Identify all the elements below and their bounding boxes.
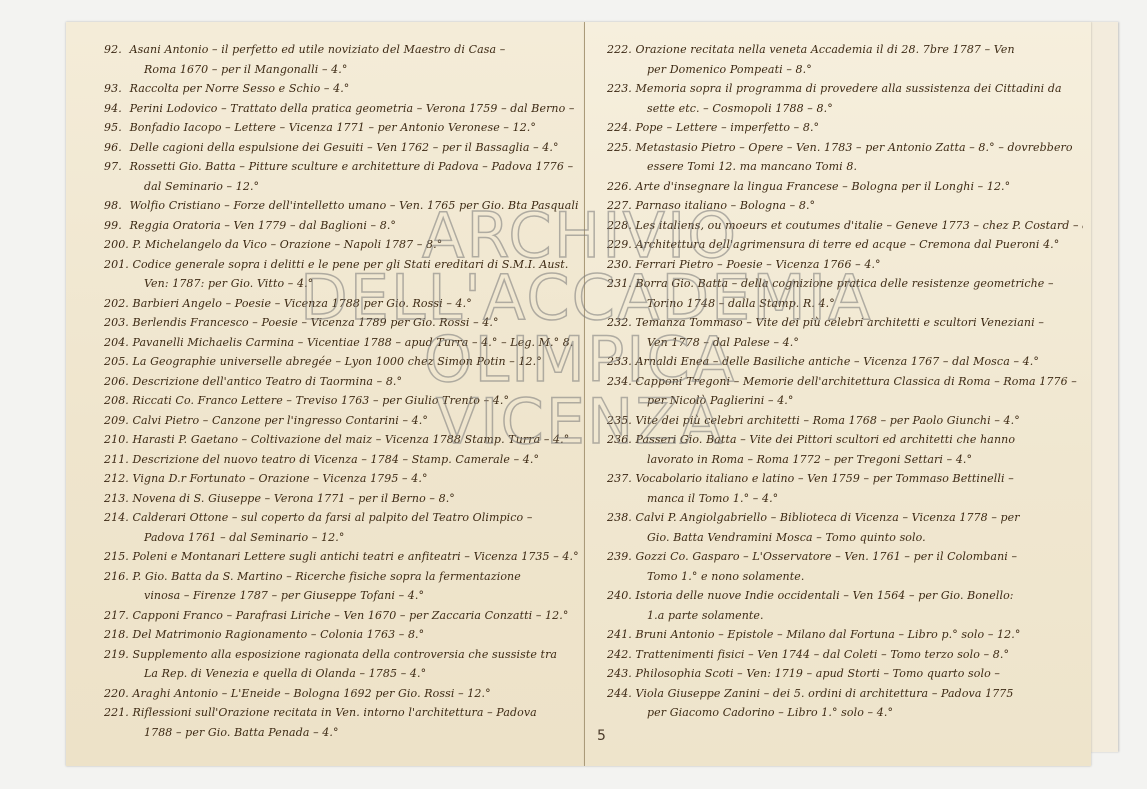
right-page: 222. Orazione recitata nella veneta Acca… <box>585 22 1091 766</box>
entry-text: Wolfio Cristiano – Forze dell'intelletto… <box>130 199 578 212</box>
entry-text: Memoria sopra il programma di provedere … <box>636 82 1062 95</box>
entry-text: Vocabolario italiano e latino – Ven 1759… <box>636 472 1014 485</box>
entry-number: 206. <box>104 372 129 392</box>
entry-number: 202. <box>104 294 129 314</box>
entry-text: Berlendis Francesco – Poesie – Vicenza 1… <box>133 316 499 329</box>
entry-text: Perini Lodovico – Trattato della pratica… <box>130 102 578 115</box>
entry-number: 217. <box>104 606 129 626</box>
left-page-entries: 92. Asani Antonio – il perfetto ed utile… <box>104 40 578 742</box>
entry-number: 229. <box>607 235 632 255</box>
entry-text: Novena di S. Giuseppe – Verona 1771 – pe… <box>133 492 455 505</box>
catalog-entry: 220. Araghi Antonio – L'Eneide – Bologna… <box>104 684 578 704</box>
catalog-entry: 213. Novena di S. Giuseppe – Verona 1771… <box>104 489 578 509</box>
catalog-entry: 204. Pavanelli Michaelis Carmina – Vicen… <box>104 333 578 353</box>
entry-text: Vigna D.r Fortunato – Orazione – Vicenza… <box>133 472 428 485</box>
entry-number: 214. <box>104 508 129 528</box>
entry-number: 239. <box>607 547 632 567</box>
catalog-entry: 217. Capponi Franco – Parafrasi Liriche … <box>104 606 578 626</box>
entry-number: 238. <box>607 508 632 528</box>
catalog-entry: 222. Orazione recitata nella veneta Acca… <box>607 40 1083 79</box>
catalog-entry: 93. Raccolta per Norre Sesso e Schio – 4… <box>104 79 578 99</box>
entry-number: 222. <box>607 40 632 60</box>
entry-text: Les italiens, ou moeurs et coutumes d'it… <box>636 219 1083 232</box>
entry-number: 231. <box>607 274 632 294</box>
catalog-entry: 244. Viola Giuseppe Zanini – dei 5. ordi… <box>607 684 1083 723</box>
entry-number: 227. <box>607 196 632 216</box>
left-page: 92. Asani Antonio – il perfetto ed utile… <box>66 22 585 766</box>
entry-number: 92. <box>104 40 126 60</box>
catalog-entry: 214. Calderari Ottone – sul coperto da f… <box>104 508 578 547</box>
entry-continuation: sette etc. – Cosmopoli 1788 – 8.° <box>607 99 1083 119</box>
catalog-entry: 234. Capponi Tregoni – Memorie dell'arch… <box>607 372 1083 411</box>
entry-text: Codice generale sopra i delitti e le pen… <box>133 258 569 271</box>
entry-text: P. Michelangelo da Vico – Orazione – Nap… <box>133 238 443 251</box>
entry-number: 240. <box>607 586 632 606</box>
entry-continuation: per Domenico Pompeati – 8.° <box>607 60 1083 80</box>
entry-text: Bruni Antonio – Epistole – Milano dal Fo… <box>636 628 1021 641</box>
entry-text: Borra Gio. Batta – della cognizione prat… <box>636 277 1054 290</box>
catalog-entry: 228. Les italiens, ou moeurs et coutumes… <box>607 216 1083 236</box>
entry-text: Pope – Lettere – imperfetto – 8.° <box>636 121 820 134</box>
entry-number: 225. <box>607 138 632 158</box>
entry-number: 237. <box>607 469 632 489</box>
catalog-entry: 205. La Geographie universelle abregée –… <box>104 352 578 372</box>
entry-text: Araghi Antonio – L'Eneide – Bologna 1692… <box>133 687 491 700</box>
entry-number: 233. <box>607 352 632 372</box>
entry-number: 213. <box>104 489 129 509</box>
entry-number: 211. <box>104 450 129 470</box>
entry-continuation: dal Seminario – 12.° <box>104 177 578 197</box>
entry-text: Descrizione del nuovo teatro di Vicenza … <box>133 453 540 466</box>
entry-text: Capponi Franco – Parafrasi Liriche – Ven… <box>133 609 569 622</box>
entry-number: 96. <box>104 138 126 158</box>
catalog-entry: 201. Codice generale sopra i delitti e l… <box>104 255 578 294</box>
entry-text: Poleni e Montanari Lettere sugli antichi… <box>133 550 578 563</box>
entry-number: 228. <box>607 216 632 236</box>
entry-number: 219. <box>104 645 129 665</box>
entry-number: 215. <box>104 547 129 567</box>
entry-text: Calderari Ottone – sul coperto da farsi … <box>133 511 533 524</box>
entry-text: Passeri Gio. Batta – Vite dei Pittori sc… <box>636 433 1016 446</box>
catalog-entry: 225. Metastasio Pietro – Opere – Ven. 17… <box>607 138 1083 177</box>
entry-number: 234. <box>607 372 632 392</box>
catalog-entry: 242. Trattenimenti fisici – Ven 1744 – d… <box>607 645 1083 665</box>
entry-text: Philosophia Scoti – Ven: 1719 – apud Sto… <box>636 667 1001 680</box>
catalog-entry: 203. Berlendis Francesco – Poesie – Vice… <box>104 313 578 333</box>
entry-number: 209. <box>104 411 129 431</box>
catalog-entry: 211. Descrizione del nuovo teatro di Vic… <box>104 450 578 470</box>
entry-number: 220. <box>104 684 129 704</box>
entry-continuation: Roma 1670 – per il Mangonalli – 4.° <box>104 60 578 80</box>
entry-continuation: vinosa – Firenze 1787 – per Giuseppe Tof… <box>104 586 578 606</box>
entry-continuation: Torino 1748 – dalla Stamp. R. 4.° <box>607 294 1083 314</box>
entry-text: Viola Giuseppe Zanini – dei 5. ordini di… <box>636 687 1014 700</box>
catalog-entry: 231. Borra Gio. Batta – della cognizione… <box>607 274 1083 313</box>
catalog-entry: 97. Rossetti Gio. Batta – Pitture scultu… <box>104 157 578 196</box>
entry-number: 241. <box>607 625 632 645</box>
catalog-entry: 96. Delle cagioni della espulsione dei G… <box>104 138 578 158</box>
catalog-entry: 224. Pope – Lettere – imperfetto – 8.° <box>607 118 1083 138</box>
catalog-entry: 239. Gozzi Co. Gasparo – L'Osservatore –… <box>607 547 1083 586</box>
page-number: 5 <box>597 728 606 744</box>
entry-continuation: Ven 1778 – dal Palese – 4.° <box>607 333 1083 353</box>
entry-number: 97. <box>104 157 126 177</box>
catalog-entry: 98. Wolfio Cristiano – Forze dell'intell… <box>104 196 578 216</box>
catalog-entry: 218. Del Matrimonio Ragionamento – Colon… <box>104 625 578 645</box>
entry-continuation: per Nicolò Paglierini – 4.° <box>607 391 1083 411</box>
entry-text: Pavanelli Michaelis Carmina – Vicentiae … <box>133 336 574 349</box>
entry-text: Temanza Tommaso – Vite dei più celebri a… <box>636 316 1044 329</box>
entry-text: Rossetti Gio. Batta – Pitture sculture e… <box>130 160 574 173</box>
entry-text: Asani Antonio – il perfetto ed utile nov… <box>130 43 506 56</box>
entry-text: Gozzi Co. Gasparo – L'Osservatore – Ven.… <box>636 550 1018 563</box>
catalog-entry: 208. Riccati Co. Franco Lettere – Trevis… <box>104 391 578 411</box>
entry-number: 218. <box>104 625 129 645</box>
entry-number: 94. <box>104 99 126 119</box>
catalog-entry: 219. Supplemento alla esposizione ragion… <box>104 645 578 684</box>
catalog-entry: 215. Poleni e Montanari Lettere sugli an… <box>104 547 578 567</box>
back-page-edge <box>1090 22 1118 752</box>
entry-number: 235. <box>607 411 632 431</box>
catalog-entry: 226. Arte d'insegnare la lingua Francese… <box>607 177 1083 197</box>
entry-text: Del Matrimonio Ragionamento – Colonia 17… <box>133 628 425 641</box>
catalog-entry: 209. Calvi Pietro – Canzone per l'ingres… <box>104 411 578 431</box>
entry-text: Vite dei più celebri architetti – Roma 1… <box>636 414 1020 427</box>
entry-text: Riccati Co. Franco Lettere – Treviso 176… <box>133 394 510 407</box>
entry-number: 201. <box>104 255 129 275</box>
catalog-entry: 229. Architettura dell'agrimensura di te… <box>607 235 1083 255</box>
entry-text: Ferrari Pietro – Poesie – Vicenza 1766 –… <box>636 258 881 271</box>
entry-text: Istoria delle nuove Indie occidentali – … <box>636 589 1014 602</box>
entry-number: 95. <box>104 118 126 138</box>
entry-continuation: essere Tomi 12. ma mancano Tomi 8. <box>607 157 1083 177</box>
entry-continuation: 1788 – per Gio. Batta Penada – 4.° <box>104 723 578 743</box>
entry-text: Orazione recitata nella veneta Accademia… <box>636 43 1015 56</box>
catalog-entry: 92. Asani Antonio – il perfetto ed utile… <box>104 40 578 79</box>
entry-continuation: La Rep. di Venezia e quella di Olanda – … <box>104 664 578 684</box>
catalog-entry: 227. Parnaso italiano – Bologna – 8.° <box>607 196 1083 216</box>
entry-continuation: manca il Tomo 1.° – 4.° <box>607 489 1083 509</box>
entry-number: 204. <box>104 333 129 353</box>
entry-continuation: lavorato in Roma – Roma 1772 – per Trego… <box>607 450 1083 470</box>
catalog-entry: 243. Philosophia Scoti – Ven: 1719 – apu… <box>607 664 1083 684</box>
entry-text: Riflessioni sull'Orazione recitata in Ve… <box>133 706 537 719</box>
entry-number: 216. <box>104 567 129 587</box>
catalog-entry: 221. Riflessioni sull'Orazione recitata … <box>104 703 578 742</box>
entry-continuation: per Giacomo Cadorino – Libro 1.° solo – … <box>607 703 1083 723</box>
entry-continuation: Tomo 1.° e nono solamente. <box>607 567 1083 587</box>
entry-number: 208. <box>104 391 129 411</box>
catalog-entry: 206. Descrizione dell'antico Teatro di T… <box>104 372 578 392</box>
entry-number: 212. <box>104 469 129 489</box>
entry-continuation: Ven: 1787: per Gio. Vitto – 4.° <box>104 274 578 294</box>
entry-continuation: Gio. Batta Vendramini Mosca – Tomo quint… <box>607 528 1083 548</box>
entry-text: P. Gio. Batta da S. Martino – Ricerche f… <box>133 570 521 583</box>
catalog-entry: 200. P. Michelangelo da Vico – Orazione … <box>104 235 578 255</box>
catalog-entry: 99. Reggia Oratoria – Ven 1779 – dal Bag… <box>104 216 578 236</box>
entry-text: Arte d'insegnare la lingua Francese – Bo… <box>636 180 1011 193</box>
entry-number: 200. <box>104 235 129 255</box>
catalog-entry: 95. Bonfadio Iacopo – Lettere – Vicenza … <box>104 118 578 138</box>
entry-number: 99. <box>104 216 126 236</box>
entry-text: Trattenimenti fisici – Ven 1744 – dal Co… <box>636 648 1010 661</box>
entry-number: 203. <box>104 313 129 333</box>
entry-number: 242. <box>607 645 632 665</box>
entry-number: 223. <box>607 79 632 99</box>
entry-text: Metastasio Pietro – Opere – Ven. 1783 – … <box>636 141 1073 154</box>
catalog-entry: 233. Arnaldi Enea – delle Basiliche anti… <box>607 352 1083 372</box>
entry-number: 244. <box>607 684 632 704</box>
catalog-entry: 232. Temanza Tommaso – Vite dei più cele… <box>607 313 1083 352</box>
entry-number: 210. <box>104 430 129 450</box>
entry-number: 232. <box>607 313 632 333</box>
catalog-entry: 230. Ferrari Pietro – Poesie – Vicenza 1… <box>607 255 1083 275</box>
right-page-entries: 222. Orazione recitata nella veneta Acca… <box>607 40 1083 723</box>
catalog-entry: 237. Vocabolario italiano e latino – Ven… <box>607 469 1083 508</box>
entry-continuation: Padova 1761 – dal Seminario – 12.° <box>104 528 578 548</box>
catalog-entry: 202. Barbieri Angelo – Poesie – Vicenza … <box>104 294 578 314</box>
entry-text: Supplemento alla esposizione ragionata d… <box>133 648 558 661</box>
entry-text: Calvi Pietro – Canzone per l'ingresso Co… <box>133 414 428 427</box>
entry-number: 226. <box>607 177 632 197</box>
entry-text: Raccolta per Norre Sesso e Schio – 4.° <box>130 82 350 95</box>
entry-number: 224. <box>607 118 632 138</box>
entry-text: Calvi P. Angiolgabriello – Biblioteca di… <box>636 511 1020 524</box>
entry-number: 230. <box>607 255 632 275</box>
catalog-entry: 241. Bruni Antonio – Epistole – Milano d… <box>607 625 1083 645</box>
entry-text: Reggia Oratoria – Ven 1779 – dal Baglion… <box>130 219 396 232</box>
catalog-entry: 240. Istoria delle nuove Indie occidenta… <box>607 586 1083 625</box>
entry-number: 243. <box>607 664 632 684</box>
entry-number: 221. <box>104 703 129 723</box>
catalog-entry: 238. Calvi P. Angiolgabriello – Bibliote… <box>607 508 1083 547</box>
catalog-entry: 236. Passeri Gio. Batta – Vite dei Pitto… <box>607 430 1083 469</box>
catalog-entry: 216. P. Gio. Batta da S. Martino – Ricer… <box>104 567 578 606</box>
catalog-entry: 212. Vigna D.r Fortunato – Orazione – Vi… <box>104 469 578 489</box>
entry-number: 205. <box>104 352 129 372</box>
entry-text: Bonfadio Iacopo – Lettere – Vicenza 1771… <box>130 121 536 134</box>
entry-text: Descrizione dell'antico Teatro di Taormi… <box>133 375 403 388</box>
entry-number: 98. <box>104 196 126 216</box>
entry-text: Arnaldi Enea – delle Basiliche antiche –… <box>636 355 1039 368</box>
entry-text: Parnaso italiano – Bologna – 8.° <box>636 199 816 212</box>
catalog-entry: 210. Harasti P. Gaetano – Coltivazione d… <box>104 430 578 450</box>
entry-text: La Geographie universelle abregée – Lyon… <box>133 355 542 368</box>
catalog-entry: 223. Memoria sopra il programma di prove… <box>607 79 1083 118</box>
entry-number: 236. <box>607 430 632 450</box>
entry-continuation: 1.a parte solamente. <box>607 606 1083 626</box>
entry-text: Barbieri Angelo – Poesie – Vicenza 1788 … <box>133 297 472 310</box>
entry-text: Harasti P. Gaetano – Coltivazione del ma… <box>133 433 570 446</box>
entry-text: Architettura dell'agrimensura di terre e… <box>636 238 1060 251</box>
entry-text: Capponi Tregoni – Memorie dell'architett… <box>636 375 1077 388</box>
catalog-entry: 235. Vite dei più celebri architetti – R… <box>607 411 1083 431</box>
catalog-entry: 94. Perini Lodovico – Trattato della pra… <box>104 99 578 119</box>
entry-number: 93. <box>104 79 126 99</box>
entry-text: Delle cagioni della espulsione dei Gesui… <box>130 141 559 154</box>
